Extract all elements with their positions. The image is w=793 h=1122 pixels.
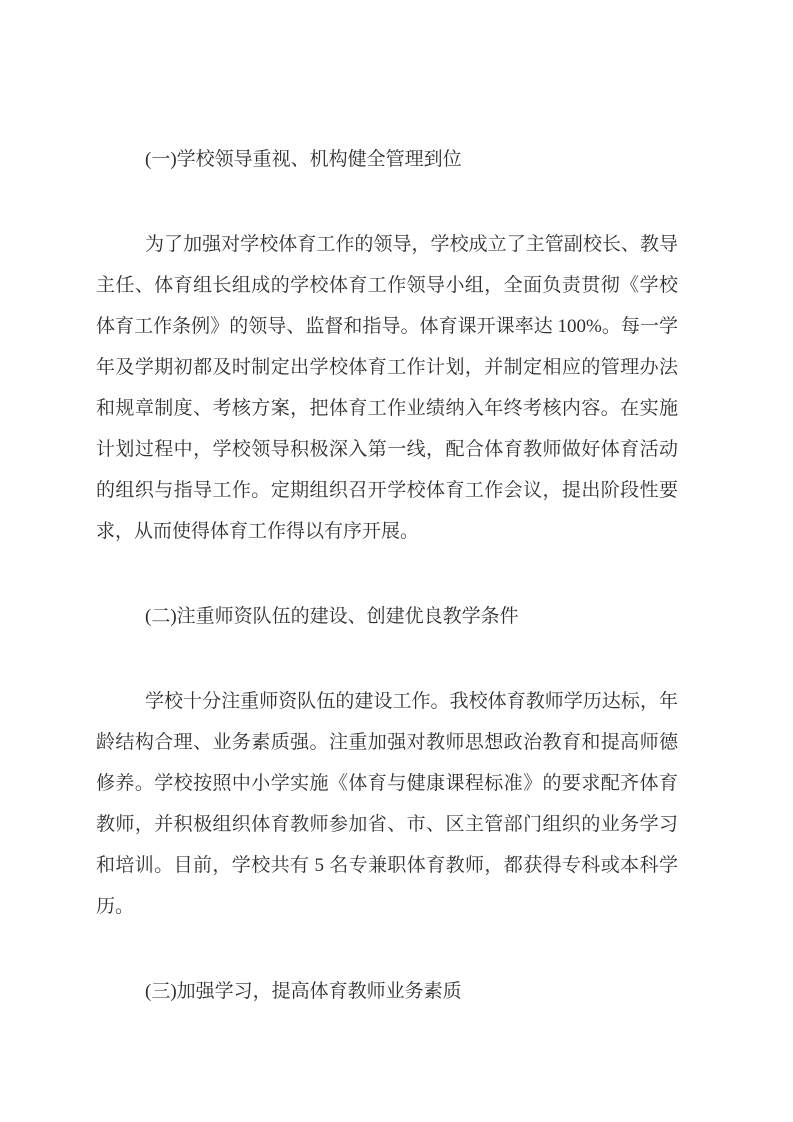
section-2-heading: (二)注重师资队伍的建设、创建优良教学条件	[96, 596, 678, 637]
section-1: (一)学校领导重视、机构健全管理到位 为了加强对学校体育工作的领导，学校成立了主…	[96, 139, 678, 552]
section-2-paragraph: 学校十分注重师资队伍的建设工作。我校体育教师学历达标，年龄结构合理、业务素质强。…	[96, 681, 678, 927]
section-3-heading: (三)加强学习，提高体育教师业务素质	[96, 971, 678, 1012]
section-1-paragraph: 为了加强对学校体育工作的领导，学校成立了主管副校长、教导主任、体育组长组成的学校…	[96, 224, 678, 552]
section-2: (二)注重师资队伍的建设、创建优良教学条件 学校十分注重师资队伍的建设工作。我校…	[96, 596, 678, 927]
section-1-heading: (一)学校领导重视、机构健全管理到位	[96, 139, 678, 180]
document-page: (一)学校领导重视、机构健全管理到位 为了加强对学校体育工作的领导，学校成立了主…	[0, 0, 793, 1122]
section-3: (三)加强学习，提高体育教师业务素质	[96, 971, 678, 1012]
